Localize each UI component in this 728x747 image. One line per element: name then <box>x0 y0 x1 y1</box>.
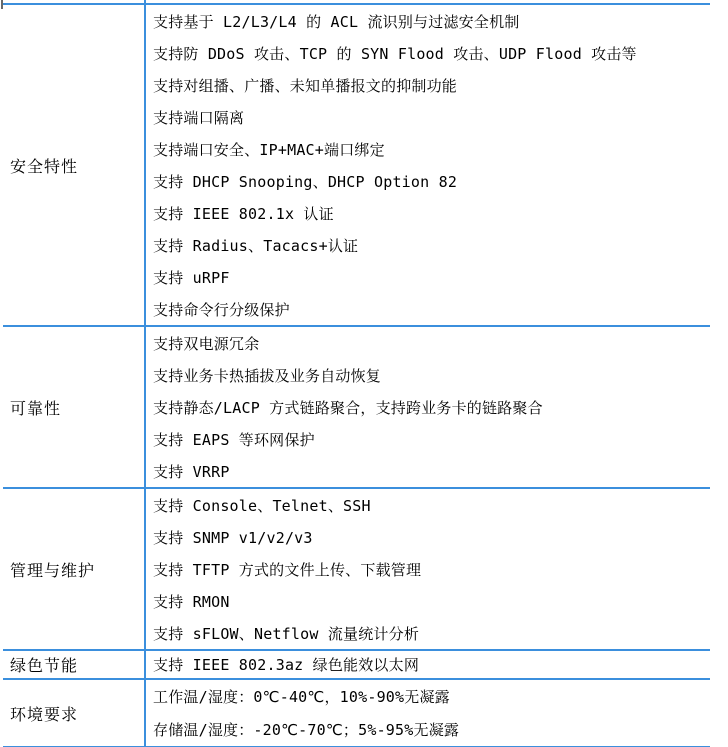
spec-row: 支持 uRPF <box>153 261 710 293</box>
spec-row: 支持命令行分级保护 <box>153 293 710 325</box>
spec-section: 管理与维护支持 Console、Telnet、SSH支持 SNMP v1/v2/… <box>3 489 710 651</box>
spec-row: 存储温/湿度：-20℃-70℃；5%-95%无凝露 <box>153 713 710 746</box>
spec-row-text: 支持业务卡热插拔及业务自动恢复 <box>153 365 381 386</box>
spec-row-text: 支持 SNMP v1/v2/v3 <box>153 527 313 548</box>
spec-row: 支持 IEEE 802.1x 认证 <box>153 197 710 229</box>
spec-row-text: 支持双电源冗余 <box>153 333 259 354</box>
spec-row: 支持 SNMP v1/v2/v3 <box>153 521 710 553</box>
category-cell: 环境要求 <box>3 680 144 746</box>
category-label: 可靠性 <box>10 396 61 419</box>
features-cell: 工作温/湿度：0℃-40℃，10%-90%无凝露存储温/湿度：-20℃-70℃；… <box>144 680 710 746</box>
category-label: 安全特性 <box>10 154 78 177</box>
spec-row-text: 支持 IEEE 802.1x 认证 <box>153 203 334 224</box>
spec-section: 环境要求工作温/湿度：0℃-40℃，10%-90%无凝露存储温/湿度：-20℃-… <box>3 680 710 747</box>
spec-row-text: 支持 sFLOW、Netflow 流量统计分析 <box>153 623 419 644</box>
spec-row-text: 支持 EAPS 等环网保护 <box>153 429 315 450</box>
spec-row: 支持端口安全、IP+MAC+端口绑定 <box>153 133 710 165</box>
spec-row: 支持基于 L2/L3/L4 的 ACL 流识别与过滤安全机制 <box>153 5 710 37</box>
spec-row: 支持端口隔离 <box>153 101 710 133</box>
features-cell: 支持 IEEE 802.3az 绿色能效以太网 <box>144 651 710 678</box>
spec-row: 支持 VRRP <box>153 455 710 487</box>
spec-row-text: 支持 VRRP <box>153 461 230 482</box>
spec-section: 绿色节能支持 IEEE 802.3az 绿色能效以太网 <box>3 651 710 680</box>
spec-row-text: 支持基于 L2/L3/L4 的 ACL 流识别与过滤安全机制 <box>153 11 519 32</box>
spec-row: 支持对组播、广播、未知单播报文的抑制功能 <box>153 69 710 101</box>
spec-row: 支持 DHCP Snooping、DHCP Option 82 <box>153 165 710 197</box>
spec-document-page: 安全特性支持基于 L2/L3/L4 的 ACL 流识别与过滤安全机制支持防 DD… <box>0 0 728 747</box>
column-divider-line <box>144 0 146 747</box>
category-label: 环境要求 <box>10 702 78 725</box>
spec-row: 支持 sFLOW、Netflow 流量统计分析 <box>153 617 710 649</box>
spec-row-text: 工作温/湿度：0℃-40℃，10%-90%无凝露 <box>153 686 450 707</box>
spec-row: 支持双电源冗余 <box>153 327 710 359</box>
spec-table-body: 安全特性支持基于 L2/L3/L4 的 ACL 流识别与过滤安全机制支持防 DD… <box>3 5 710 747</box>
spec-row: 支持 Console、Telnet、SSH <box>153 489 710 521</box>
spec-row-text: 支持端口隔离 <box>153 107 244 128</box>
spec-row: 支持 Radius、Tacacs+认证 <box>153 229 710 261</box>
spec-row-text: 支持 IEEE 802.3az 绿色能效以太网 <box>153 654 419 675</box>
category-cell: 管理与维护 <box>3 489 144 649</box>
spec-row-text: 支持对组播、广播、未知单播报文的抑制功能 <box>153 75 457 96</box>
spec-row: 支持业务卡热插拔及业务自动恢复 <box>153 359 710 391</box>
spec-row: 工作温/湿度：0℃-40℃，10%-90%无凝露 <box>153 680 710 713</box>
spec-row-text: 支持 Radius、Tacacs+认证 <box>153 235 358 256</box>
features-cell: 支持 Console、Telnet、SSH支持 SNMP v1/v2/v3支持 … <box>144 489 710 649</box>
spec-row: 支持 TFTP 方式的文件上传、下载管理 <box>153 553 710 585</box>
spec-row-text: 支持静态/LACP 方式链路聚合，支持跨业务卡的链路聚合 <box>153 397 543 418</box>
spec-row-text: 支持 uRPF <box>153 267 230 288</box>
spec-row: 支持 EAPS 等环网保护 <box>153 423 710 455</box>
category-cell: 安全特性 <box>3 5 144 325</box>
spec-section: 可靠性支持双电源冗余支持业务卡热插拔及业务自动恢复支持静态/LACP 方式链路聚… <box>3 327 710 489</box>
spec-row: 支持 RMON <box>153 585 710 617</box>
category-label: 管理与维护 <box>10 558 95 581</box>
spec-row-text: 存储温/湿度：-20℃-70℃；5%-95%无凝露 <box>153 719 459 740</box>
features-cell: 支持基于 L2/L3/L4 的 ACL 流识别与过滤安全机制支持防 DDoS 攻… <box>144 5 710 325</box>
category-cell: 可靠性 <box>3 327 144 487</box>
spec-row: 支持静态/LACP 方式链路聚合，支持跨业务卡的链路聚合 <box>153 391 710 423</box>
spec-row-text: 支持 Console、Telnet、SSH <box>153 495 371 516</box>
spec-table: 安全特性支持基于 L2/L3/L4 的 ACL 流识别与过滤安全机制支持防 DD… <box>3 3 710 747</box>
spec-row-text: 支持端口安全、IP+MAC+端口绑定 <box>153 139 385 160</box>
features-cell: 支持双电源冗余支持业务卡热插拔及业务自动恢复支持静态/LACP 方式链路聚合，支… <box>144 327 710 487</box>
spec-row-text: 支持 RMON <box>153 591 230 612</box>
spec-row-text: 支持防 DDoS 攻击、TCP 的 SYN Flood 攻击、UDP Flood… <box>153 43 637 64</box>
spec-row: 支持防 DDoS 攻击、TCP 的 SYN Flood 攻击、UDP Flood… <box>153 37 710 69</box>
category-cell: 绿色节能 <box>3 651 144 678</box>
category-label: 绿色节能 <box>10 653 78 676</box>
spec-row-text: 支持 TFTP 方式的文件上传、下载管理 <box>153 559 421 580</box>
spec-row-text: 支持 DHCP Snooping、DHCP Option 82 <box>153 171 457 192</box>
spec-row: 支持 IEEE 802.3az 绿色能效以太网 <box>153 651 710 678</box>
spec-section: 安全特性支持基于 L2/L3/L4 的 ACL 流识别与过滤安全机制支持防 DD… <box>3 5 710 327</box>
spec-row-text: 支持命令行分级保护 <box>153 299 290 320</box>
